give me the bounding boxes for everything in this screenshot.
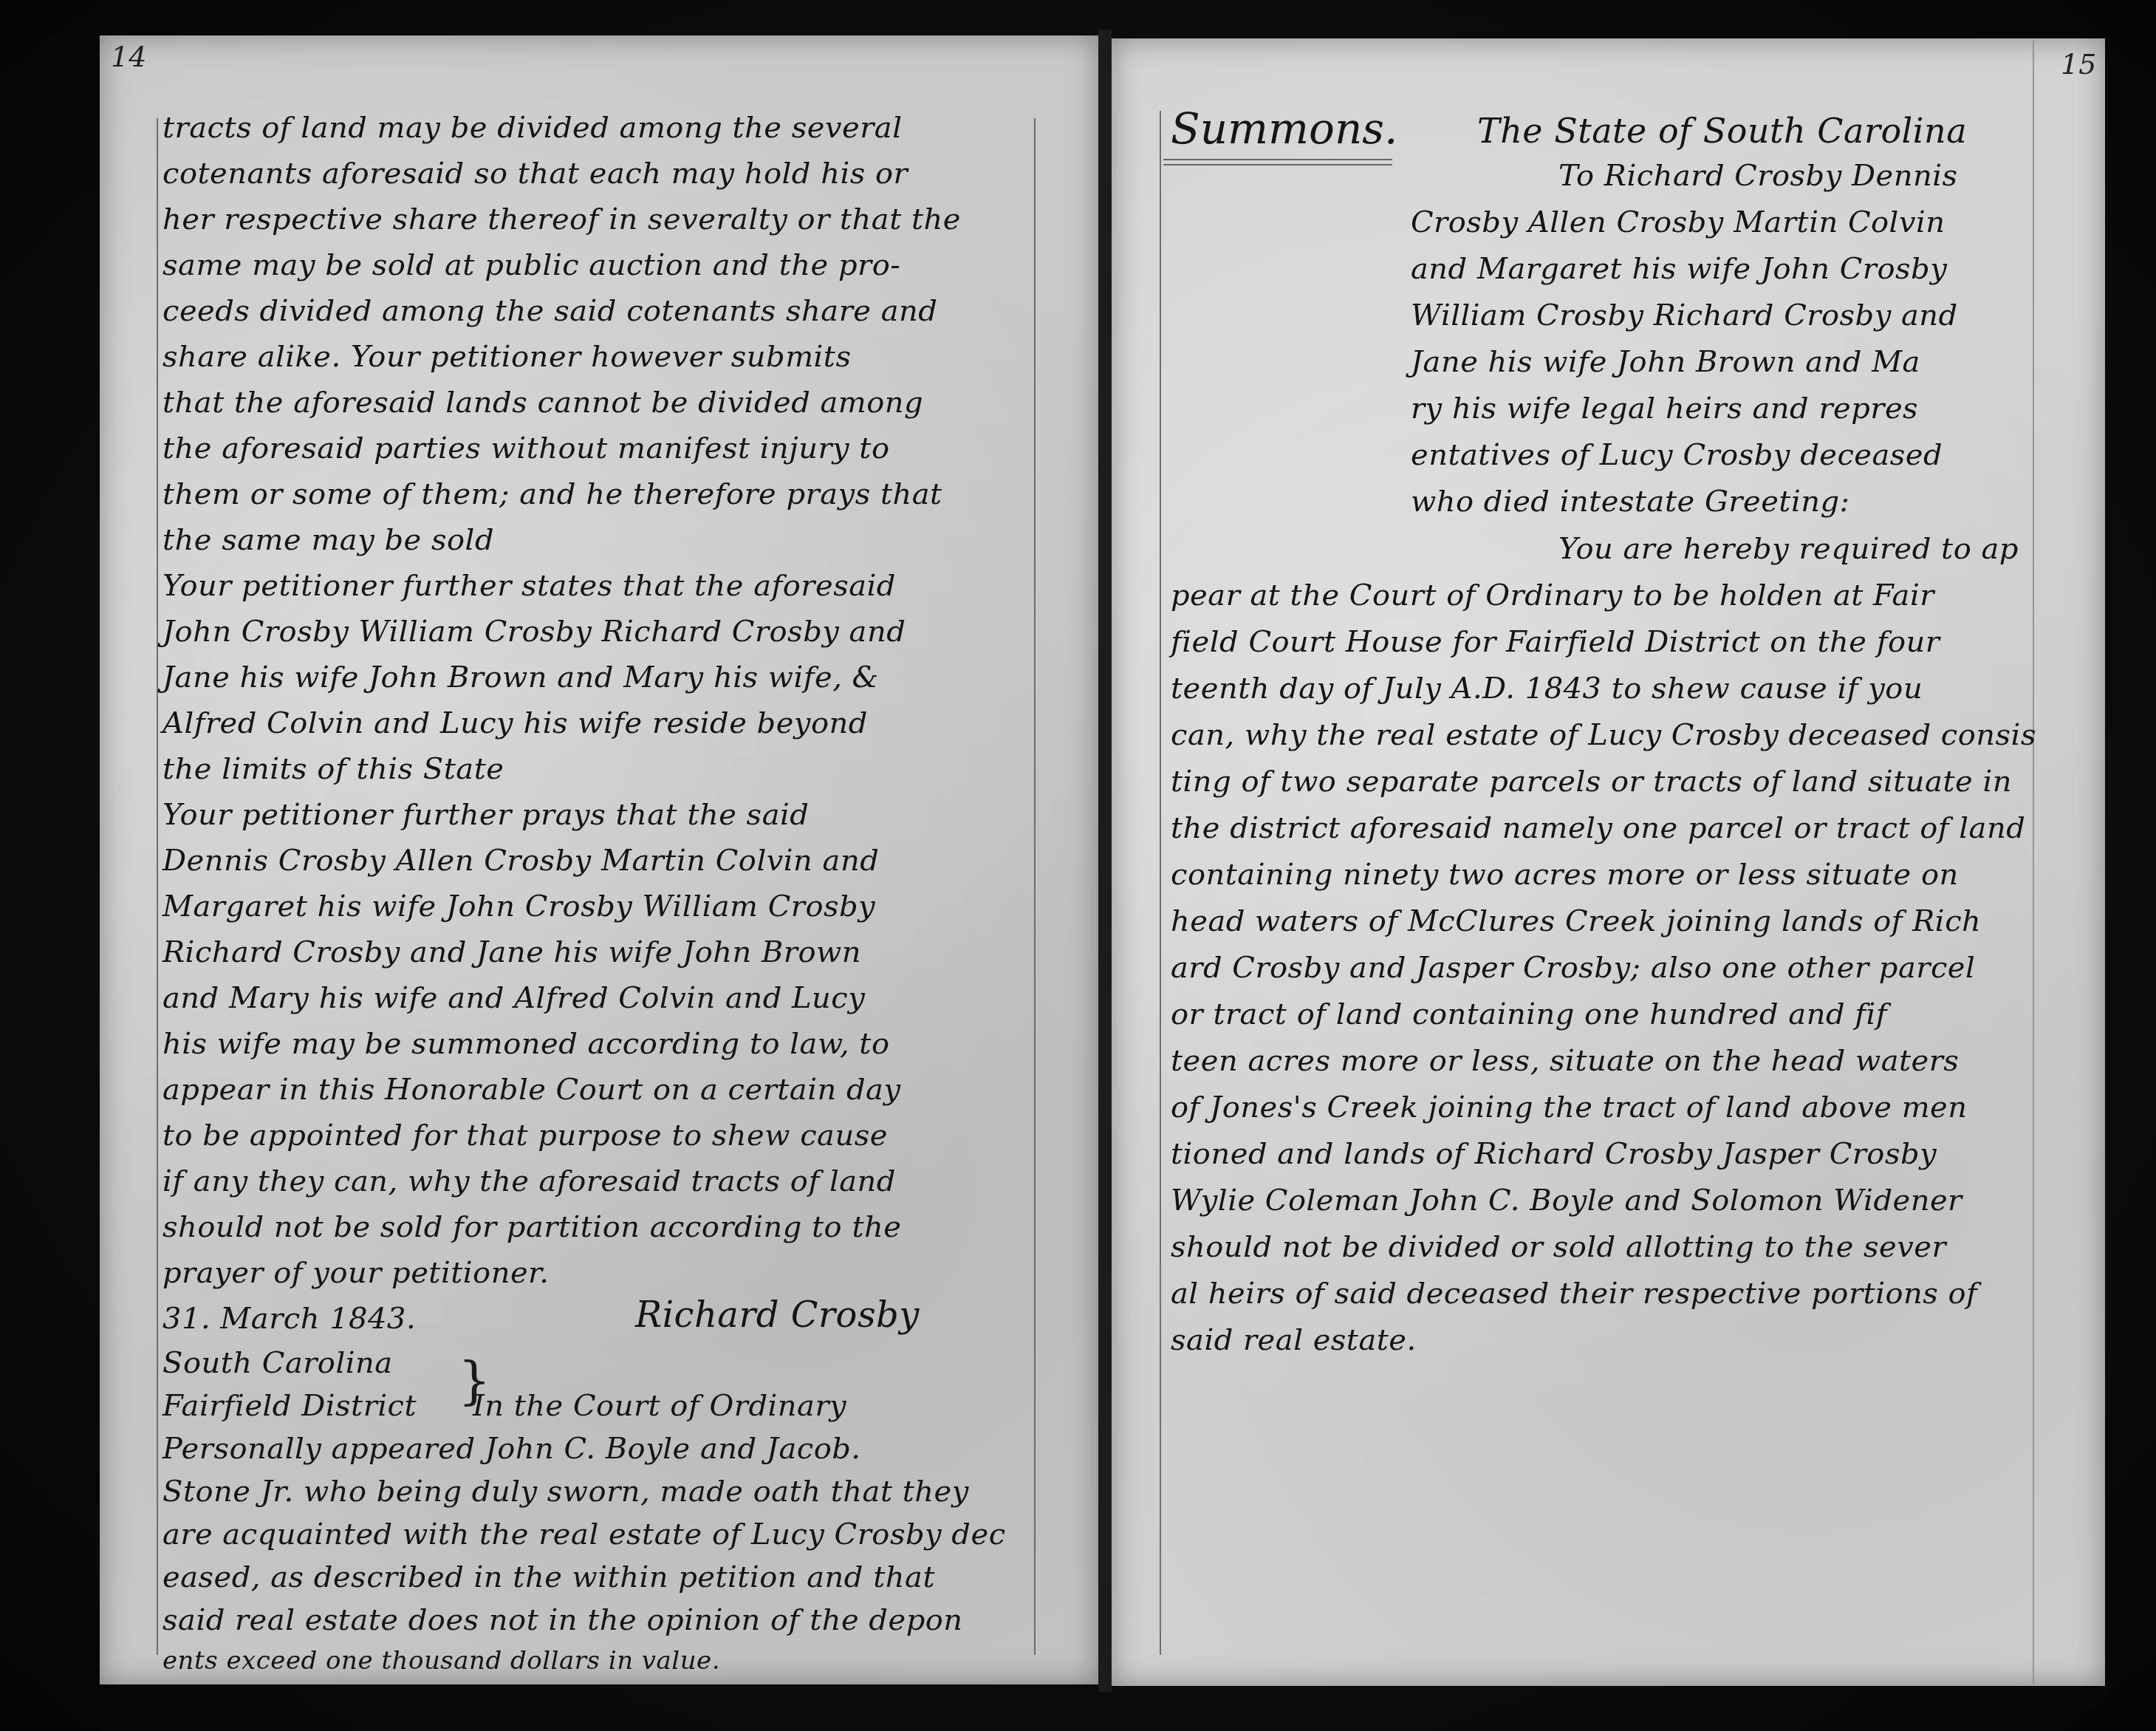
affidavit-line: eased, as described in the within petiti… (162, 1560, 935, 1594)
text-line: appear in this Honorable Court on a cert… (162, 1073, 901, 1107)
body-line: or tract of land containing one hundred … (1171, 997, 1887, 1031)
petition-date: 31. March 1843. (162, 1302, 416, 1336)
greeting-line: who died intestate Greeting: (1411, 485, 1850, 519)
text-line: his wife may be summoned according to la… (162, 1027, 890, 1061)
text-line: her respective share thereof in severalt… (162, 202, 961, 236)
text-line: share alike. Your petitioner however sub… (162, 340, 851, 374)
text-line: ceeds divided among the said cotenants s… (162, 294, 937, 328)
body-line: al heirs of said deceased their respecti… (1171, 1277, 1977, 1311)
body-line: You are hereby required to ap (1558, 532, 2019, 566)
text-line: if any they can, why the aforesaid tract… (162, 1164, 896, 1198)
body-line: said real estate. (1171, 1323, 1417, 1357)
text-line: Jane his wife John Brown and Mary his wi… (162, 660, 879, 694)
text-line: same may be sold at public auction and t… (162, 248, 900, 282)
body-line: of Jones's Creek joining the tract of la… (1171, 1090, 1968, 1124)
body-line: tioned and lands of Richard Crosby Jaspe… (1171, 1137, 1937, 1171)
affidavit-venue-district: Fairfield District (162, 1389, 417, 1423)
right-page-margin-rule (1160, 111, 1161, 1655)
text-line: Richard Crosby and Jane his wife John Br… (162, 935, 861, 969)
text-line: Margaret his wife John Crosby William Cr… (162, 890, 875, 923)
affidavit-court: In the Court of Ordinary (473, 1389, 846, 1423)
affidavit-line: Personally appeared John C. Boyle and Ja… (162, 1432, 861, 1466)
body-line: teen acres more or less, situate on the … (1171, 1044, 1959, 1078)
body-line: containing ninety two acres more or less… (1171, 858, 1959, 892)
text-line: Dennis Crosby Allen Crosby Martin Colvin… (162, 844, 879, 878)
left-page-margin-rule (157, 118, 158, 1655)
affidavit-line: ents exceed one thousand dollars in valu… (162, 1646, 720, 1676)
body-line: should not be divided or sold allotting … (1171, 1230, 1946, 1264)
text-line: the limits of this State (162, 752, 504, 786)
address-line: ry his wife legal heirs and repres (1411, 392, 1918, 426)
text-line: Your petitioner further prays that the s… (162, 798, 809, 832)
margin-heading-summons: Summons. (1171, 103, 1398, 154)
text-line: the aforesaid parties without manifest i… (162, 431, 890, 465)
affidavit-line: said real estate does not in the opinion… (162, 1603, 963, 1637)
text-line: cotenants aforesaid so that each may hol… (162, 157, 908, 191)
affidavit-venue-state: South Carolina (162, 1346, 393, 1380)
text-line: that the aforesaid lands cannot be divid… (162, 386, 923, 420)
text-line: John Crosby William Crosby Richard Crosb… (162, 615, 906, 649)
body-line: the district aforesaid namely one parcel… (1171, 811, 2025, 845)
address-line: Crosby Allen Crosby Martin Colvin (1411, 205, 1945, 239)
body-line: head waters of McClures Creek joining la… (1171, 904, 1981, 938)
book-gutter (1098, 30, 1112, 1692)
text-line: should not be sold for partition accordi… (162, 1210, 901, 1244)
address-line: Jane his wife John Brown and Ma (1411, 345, 1920, 379)
address-line: William Crosby Richard Crosby and (1411, 298, 1958, 332)
left-page-right-rule (1034, 118, 1036, 1655)
affidavit-line: Stone Jr. who being duly sworn, made oat… (162, 1475, 969, 1509)
text-line: Alfred Colvin and Lucy his wife reside b… (162, 706, 868, 740)
text-line: the same may be sold (162, 523, 494, 557)
state-heading: The State of South Carolina (1477, 111, 1967, 151)
affidavit-line: are acquainted with the real estate of L… (162, 1517, 1006, 1551)
body-line: Wylie Coleman John C. Boyle and Solomon … (1171, 1184, 1962, 1218)
text-line: tracts of land may be divided among the … (162, 111, 902, 145)
address-line: entatives of Lucy Crosby deceased (1411, 438, 1943, 472)
body-line: field Court House for Fairfield District… (1171, 625, 1940, 659)
text-line: them or some of them; and he therefore p… (162, 477, 942, 511)
body-line: ard Crosby and Jasper Crosby; also one o… (1171, 951, 1975, 985)
text-line: Your petitioner further states that the … (162, 569, 896, 603)
right-page-edge-rule (2033, 41, 2034, 1684)
page-number-right: 15 (2061, 48, 2096, 81)
text-line: prayer of your petitioner. (162, 1256, 550, 1290)
address-line: To Richard Crosby Dennis (1558, 159, 1958, 193)
body-line: pear at the Court of Ordinary to be hold… (1171, 578, 1934, 612)
petitioner-signature: Richard Crosby (635, 1294, 920, 1336)
body-line: teenth day of July A.D. 1843 to shew cau… (1171, 672, 1923, 706)
address-line: and Margaret his wife John Crosby (1411, 252, 1947, 286)
page-number-left: 14 (111, 41, 146, 73)
text-line: and Mary his wife and Alfred Colvin and … (162, 981, 865, 1015)
body-line: can, why the real estate of Lucy Crosby … (1171, 718, 2036, 752)
text-line: to be appointed for that purpose to shew… (162, 1119, 888, 1153)
heading-underline (1163, 159, 1392, 165)
body-line: ting of two separate parcels or tracts o… (1171, 765, 2012, 799)
